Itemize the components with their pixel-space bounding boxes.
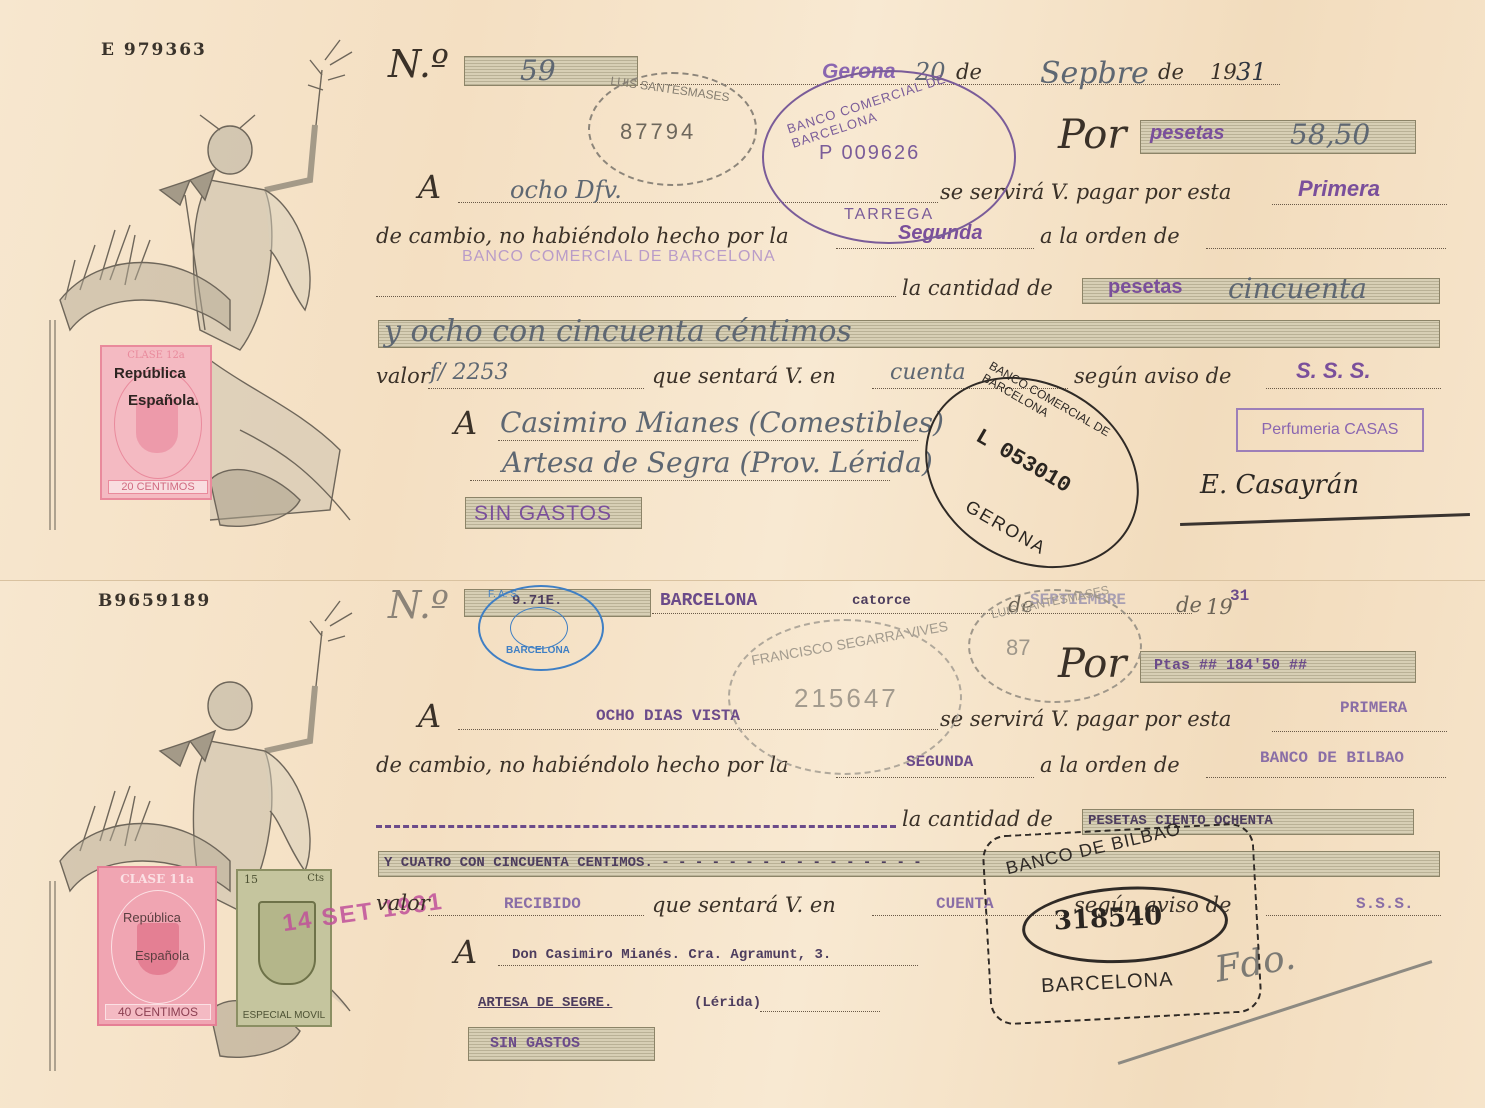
overprint-espanola: Española [135,948,189,963]
term-value[interactable]: OCHO DIAS VISTA [596,707,740,725]
copy-first-stamp: Primera [1298,176,1380,202]
bank-stamp-text: BANCO COMERCIAL DE BARCELONA [785,51,1013,151]
luis-stamp-number: 87794 [620,119,696,145]
month-value[interactable]: Sepbre [1040,56,1149,91]
cuenta-value[interactable]: cuenta [890,360,966,385]
words-line-2[interactable]: y ocho con cincuenta céntimos [384,314,852,349]
banco-de-bilbao-stamp: BANCO DE BILBAO 318540 BARCELONA [981,822,1263,1026]
sin-gastos-stamp: SIN GASTOS [474,502,612,526]
payee-prefix: A [454,933,477,971]
line-a-label: A [418,168,441,206]
order-text: a la orden de [1040,224,1180,248]
bill-of-exchange-1931-gerona: E 979363 CLASE 12a República Española. 2… [0,0,1485,580]
year-suffix[interactable]: 31 [1230,587,1249,605]
amount-value[interactable]: Ptas ## 184'50 ## [1154,657,1307,674]
tax-stamp-class: CLASE 12a [102,350,210,361]
sin-gastos-stamp: SIN GASTOS [490,1035,580,1052]
amount-currency: pesetas [1150,122,1225,145]
bilbao-stamp-city: BARCELONA [1041,968,1174,998]
year-prefix: 19 [1206,595,1233,619]
valor-label: valor [376,364,430,388]
payee-prefix: A [454,404,477,442]
payee-city[interactable]: ARTESA DE SEGRE. [478,995,612,1011]
line-c-text: la cantidad de [902,276,1053,300]
drawer-stamp: Perfumeria CASAS [1236,408,1424,452]
term-value[interactable]: ocho Dfv. [510,176,622,204]
order-text: a la orden de [1040,753,1180,777]
year-suffix[interactable]: 31 [1236,58,1267,86]
payee-name[interactable]: Casimiro Mianes (Comestibles) [500,406,944,439]
payee-name[interactable]: Don Casimiro Mianés. Cra. Agramunt, 3. [512,947,831,963]
line-b-text: de cambio, no habiéndolo hecho por la [376,224,789,248]
overprint-republica: República [114,365,186,382]
bilbao-stamp-number: 318540 [1053,901,1163,937]
payee-city[interactable]: Artesa de Segra (Prov. Lérida) [502,446,933,479]
tax-stamp-value: 20 CENTIMOS [108,480,208,494]
tax-stamp-value: 40 CENTIMOS [105,1004,211,1020]
words-line-1[interactable]: cincuenta [1228,272,1367,305]
sentara-text: que sentará V. en [652,364,836,388]
place-value[interactable]: BARCELONA [660,591,757,611]
number-label: N.º [388,583,449,627]
movil-label: ESPECIAL MOVIL [240,1010,328,1021]
blue-stamp-text: F. A. S. [488,589,520,600]
signature-flourish [1180,513,1470,526]
luis-santesmases-stamp: LUIS SANTESMASES 87 [968,589,1142,703]
luis-stamp-number: 87 [1006,635,1030,661]
line-a-text: se servirá V. pagar por esta [940,707,1231,731]
year-prefix: 19 [1210,60,1237,84]
aviso-value: S.S.S. [1356,895,1414,913]
words-line-2[interactable]: Y CUATRO CON CINCUENTA CENTIMOS. - - - -… [384,855,922,871]
segarra-stamp-text: FRANCISCO SEGARRA VIVES [750,618,949,668]
overprint-espanola: Española. [128,392,199,409]
blue-barcelona-stamp: F. A. S. BARCELONA [478,585,604,671]
words-currency: pesetas [1108,276,1183,299]
blue-stamp-inner-ring [510,607,568,649]
overprint-republica: República [123,910,181,925]
banco-comercial-tarrega-stamp: BANCO COMERCIAL DE BARCELONA P 009626 TA… [762,70,1016,244]
date-de-2: de [1158,60,1184,84]
faded-bank-stamp: BANCO COMERCIAL DE BARCELONA [462,248,776,266]
number-label: N.º [388,42,449,86]
aviso-text: según aviso de [1074,364,1231,388]
especial-movil-stamp: 15 Cts ESPECIAL MOVIL [236,869,332,1027]
amount-value[interactable]: 58,50 [1290,118,1370,151]
gerona-stamp-city: GERONA [962,496,1050,559]
francisco-segarra-stamp: FRANCISCO SEGARRA VIVES 215647 [728,619,962,775]
bank-stamp-number: P 009626 [819,142,920,165]
luis-stamp-text: LUIS SANTESMASES [610,74,731,105]
tax-stamp-40-centimos: CLASE 11a República Española 40 CENTIMOS [97,866,217,1026]
segarra-stamp-number: 215647 [794,683,899,714]
tax-stamp-20-centimos: CLASE 12a República Española. 20 CENTIMO… [100,345,212,500]
blue-stamp-city: BARCELONA [506,645,570,656]
line-c-text: la cantidad de [902,807,1053,831]
bank-stamp-city: TARREGA [844,206,934,224]
valor-label: valor [376,891,430,915]
date-de-2: de [1176,593,1202,617]
tax-stamp-class: CLASE 11a [99,872,215,886]
movil-unit: Cts [307,873,324,884]
drawer-signature: E. Casayrán [1200,470,1359,500]
payee-province[interactable]: (Lérida) [694,995,761,1011]
luis-santesmases-stamp: LUIS SANTESMASES 87794 [588,72,757,186]
valor-value[interactable]: f/ 2253 [430,360,509,385]
por-label: Por [1058,112,1127,158]
day-value[interactable]: catorce [852,593,911,609]
line-b-text: de cambio, no habiéndolo hecho por la [376,753,789,777]
line-a-label: A [418,697,441,735]
sentara-text: que sentará V. en [652,893,836,917]
aviso-value: S. S. S. [1296,358,1371,384]
copy-first-stamp: PRIMERA [1340,699,1407,717]
valor-value[interactable]: RECIBIDO [504,895,581,913]
movil-value: 15 [244,873,258,886]
order-value[interactable]: BANCO DE BILBAO [1260,749,1404,767]
gerona-stamp-number: L 053010 [971,424,1075,498]
bill-of-exchange-1931-barcelona: B9659189 CLASE 11a República Española 40… [0,580,1485,1108]
number-value[interactable]: 59 [520,54,556,87]
luis-stamp-text: LUIS SANTESMASES [990,583,1110,622]
